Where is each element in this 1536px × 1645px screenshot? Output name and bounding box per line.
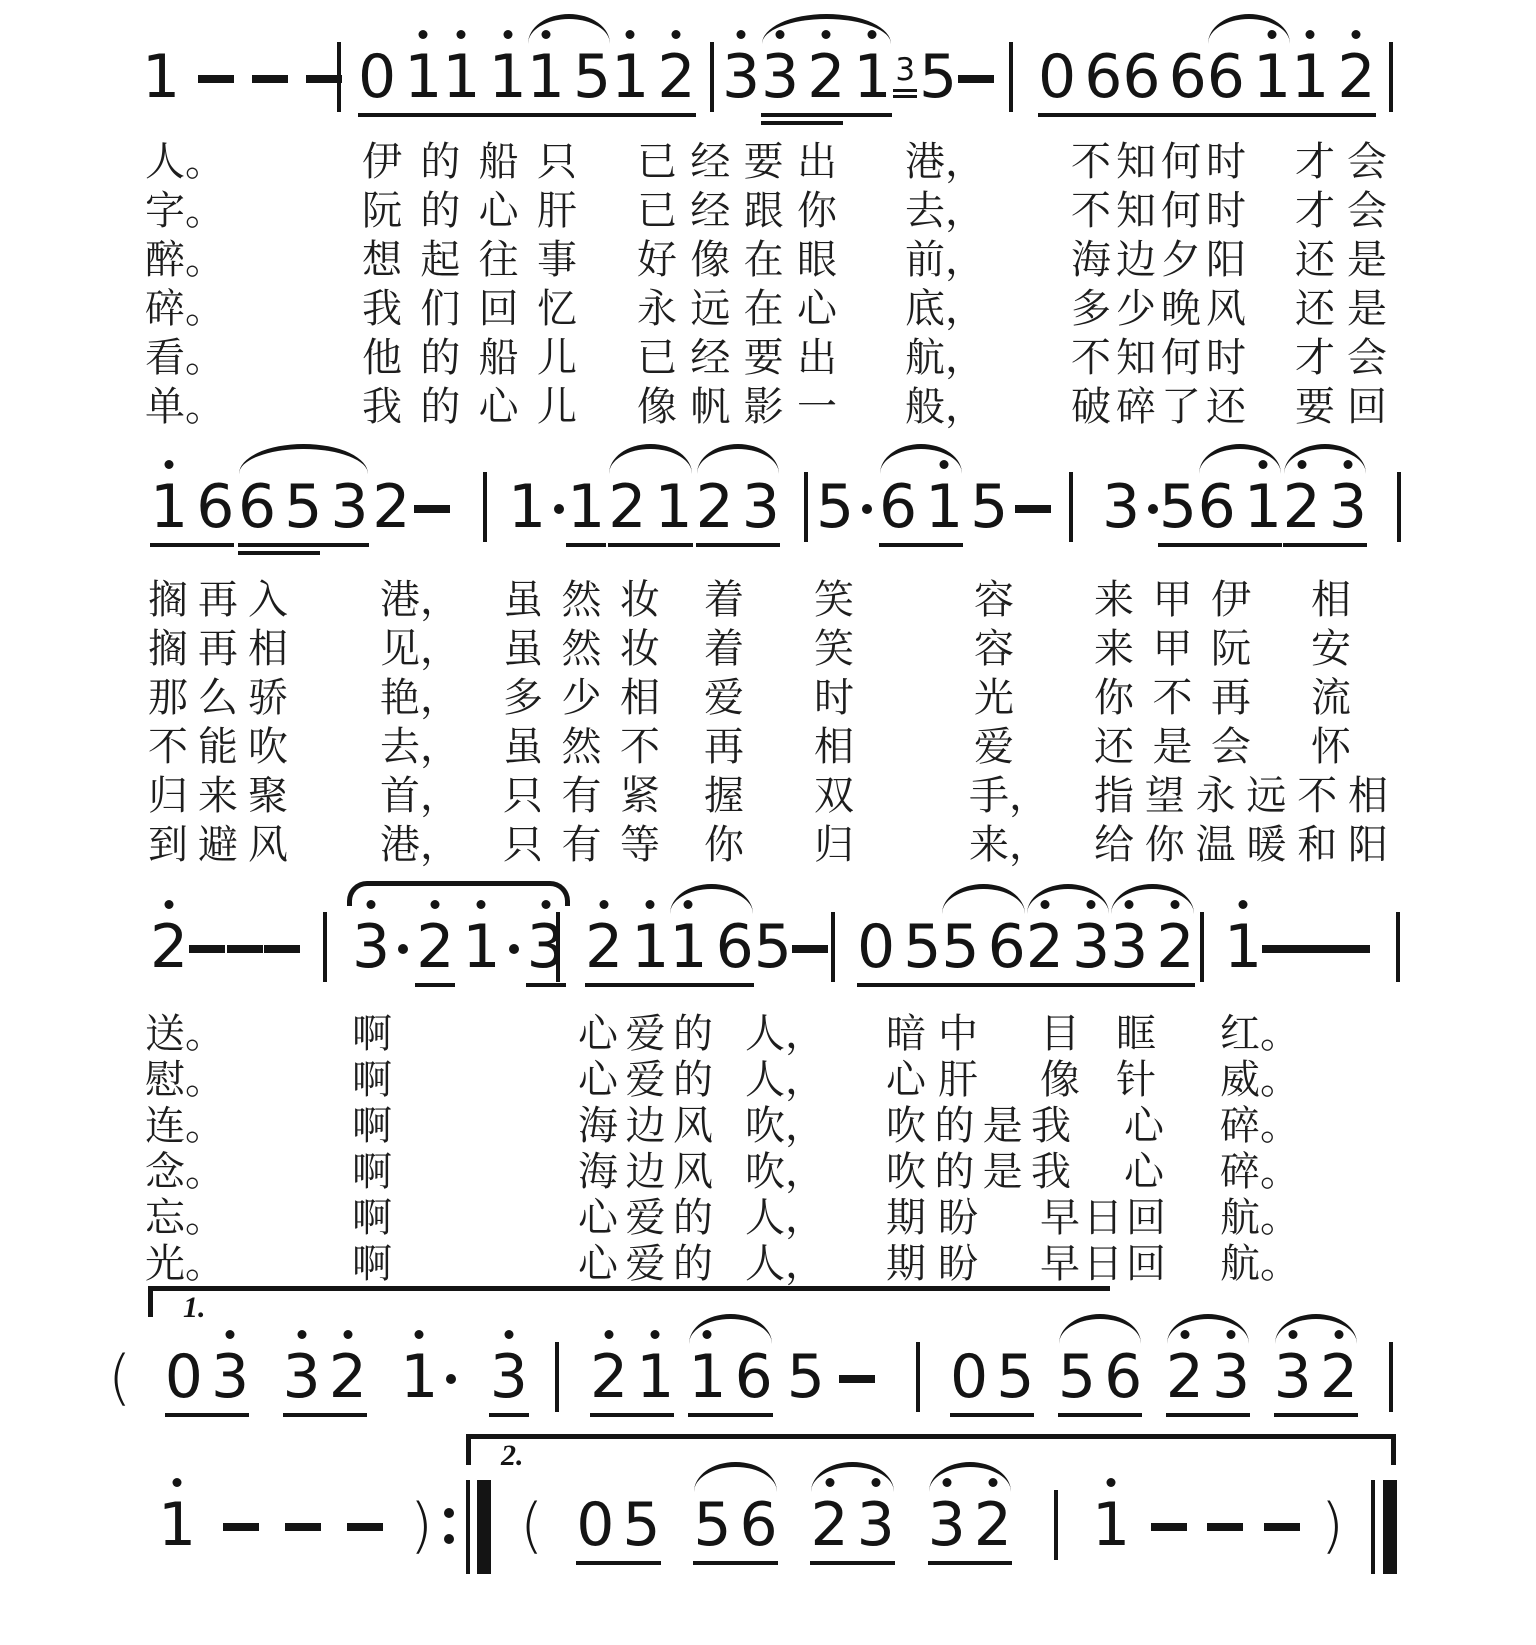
lyric-segment: 海边夕阳 [1071,238,1246,282]
note-digit: 1 [567,476,605,538]
group-underline [857,983,941,987]
octave-dot [1107,1478,1116,1487]
lyric-char: 海 [1071,238,1111,282]
lyric-segment: 去， [905,189,985,233]
note-digit: 2 [1166,1346,1204,1408]
lyric-char: 肝 [537,189,577,233]
note: 5 [573,46,611,108]
lyric-char: 的 [673,1012,713,1056]
lyric-char: 盼 [938,1242,978,1286]
note: 1 [404,46,442,108]
note-digit: 2 [810,1494,848,1556]
lyric-char: 虽 [503,627,543,671]
measure: 1 [142,46,342,108]
slur-arc [1059,1314,1141,1344]
dash-line [223,1523,259,1531]
note-digit: 1 [631,916,669,978]
note: 3 [211,1346,249,1408]
note-digit: 6 [1207,46,1245,108]
lyric-char: 我 [1031,1150,1071,1194]
lyric-char: 远 [1246,774,1286,818]
note-group: 05 [576,1494,660,1556]
lyric-char: 在 [744,287,784,331]
lyric-segment: 般， [905,385,985,429]
note-underline [415,983,455,987]
group-underline [165,1413,249,1417]
group-underline [1207,113,1291,117]
lyric-char: 然 [562,725,602,769]
lyric-segment: 海边风 [578,1104,713,1148]
lyric-segment: 伊的船只 [362,140,577,184]
note: 3 [283,1346,321,1408]
lyric-char: 避 [198,823,238,867]
group-underline [688,1413,772,1417]
note: 1 [611,46,649,108]
lyric-segment: 想起往事 [362,238,577,282]
note-digit: 5 [754,916,792,978]
lyric-char: 出 [797,140,837,184]
note-digit: 5 [1058,1346,1096,1408]
note: 5 [284,476,322,538]
note-group: 16 [669,916,753,978]
lyric-char: 日 [1083,1242,1123,1286]
note-group: 23 [696,476,780,538]
note-group: 56 [1058,1346,1142,1408]
note: 1 [688,1346,726,1408]
lyric-char: 再 [198,578,238,622]
measure: 5615 [816,476,1051,538]
note-group: 11 [442,46,526,108]
note-group: 23 [1026,916,1110,978]
note: 3 [1274,1346,1312,1408]
note-digit: 3 [211,1346,249,1408]
note: 0 [165,1346,203,1408]
note: 2 [696,476,734,538]
note: 2 [974,1494,1012,1556]
note-digit: 0 [857,916,895,978]
group-underline [1058,1413,1142,1417]
note-group: 21 [608,476,692,538]
lyric-char: 回 [1347,385,1387,429]
note: 2 [807,46,845,108]
lyric-char: 是 [983,1104,1023,1148]
lyric-segment: 握 [704,774,744,818]
note: 5 [970,476,1008,538]
barline [1200,912,1204,982]
lyric-segment: 心 [1124,1150,1164,1194]
note: 1 [1253,46,1291,108]
lyric-char: 碎 [1116,385,1156,429]
barline [1069,472,1073,542]
note-group: 06 [1038,46,1122,108]
note-digit: 3 [928,1494,966,1556]
lyric-char: 相 [1348,774,1388,818]
note: 1 [669,916,707,978]
measure: (05562332 [520,1494,1012,1556]
lyric-segment: 啊 [352,1242,392,1286]
lyric-segment: 首， [380,774,460,818]
lyric-char: 的 [934,1104,974,1148]
note: 6 [238,476,276,538]
lyric-segment: 前， [905,238,985,282]
lyric-char: 已 [637,336,677,380]
lyric-segment: 怀 [1311,725,1351,769]
note-digit: 2 [150,916,188,978]
lyric-char: 有 [562,774,602,818]
lyric-segment: 啊 [352,1012,392,1056]
lyric-char: 时 [1206,336,1246,380]
note: 2 [810,1494,848,1556]
group-underline [928,1561,1012,1565]
lyric-segment: 早日回 [1040,1196,1166,1240]
note-underline [526,983,566,987]
octave-dot [165,460,174,469]
lyric-char: 们 [420,287,460,331]
note: 1 [1092,1494,1130,1556]
slur-arc [239,444,368,474]
note-digit: 3 [1274,1346,1312,1408]
lyric-char: 边 [1116,238,1156,282]
slur-arc [670,884,752,914]
note-digit: 1 [611,46,649,108]
dash-line [285,1523,321,1531]
lyric-segment: 虽然不 [503,725,660,769]
lyric-segment: 吹的是我 [886,1104,1071,1148]
final-thin-bar [1371,1480,1375,1574]
lyric-char: 的 [934,1150,974,1194]
repeat-dot [444,1534,454,1544]
dash-line [1015,505,1051,513]
note-digit: 2 [807,46,845,108]
note-digit: 1 [150,476,188,538]
note: 6 [735,1346,773,1408]
lyric-segment: 啊 [352,1196,392,1240]
note-digit: 2 [1283,476,1321,538]
note-underline [1158,543,1198,547]
lyric-char: 到 [148,823,188,867]
lyric-char: 你 [1145,823,1185,867]
note-digit: 1 [404,46,442,108]
note-digit: 6 [1104,1346,1142,1408]
group-underline [950,1413,1034,1417]
note-digit: 1 [1291,46,1329,108]
note-digit: 2 [608,476,646,538]
note: 2 [1166,1346,1204,1408]
note: 3 [928,1494,966,1556]
lyric-segment: 不知何时 [1071,336,1246,380]
lyric-segment: 只有等 [503,823,660,867]
note: 6 [1104,1346,1142,1408]
lyric-segment: 虽然妆 [503,578,660,622]
note: 5 [787,1346,825,1408]
lyric-segment: 光 [974,676,1014,720]
lyric-char: 知 [1116,140,1156,184]
note: 6 [716,916,754,978]
barline [323,912,327,982]
lyric-char: 是 [1347,238,1387,282]
group-underline [1291,113,1375,117]
lyric-char: 心 [886,1058,926,1102]
lyric-segment: 航， [905,336,985,380]
lyric-char: 的 [420,189,460,233]
note-group: 32 [283,1346,367,1408]
dash-line [252,75,288,83]
lyric-char: 儿 [537,385,577,429]
lyric-char: 吹 [886,1104,926,1148]
final-thick-bar [1383,1480,1397,1574]
octave-dot [343,1330,352,1339]
lyric-char: 已 [637,189,677,233]
note-digit: 6 [238,476,276,538]
lyric-char: 入 [248,578,288,622]
dash-line [1334,945,1370,953]
lyric-segment: 针 [1116,1058,1156,1102]
lyric-char: 心 [797,287,837,331]
note-digit: 5 [1159,476,1197,538]
lyric-segment: 啊 [352,1104,392,1148]
lyric-segment: 着 [704,578,744,622]
note: 1 [489,46,527,108]
lyric-char: 不 [148,725,188,769]
octave-dot [605,1330,614,1339]
measure: 21165 [590,1346,875,1408]
group-underline [810,1561,894,1565]
lyric-char: 知 [1116,189,1156,233]
lyric-segment: 底， [905,287,985,331]
note-digit: 1 [489,46,527,108]
lyric-segment: 早日回 [1040,1242,1166,1286]
lyric-segment: 已经要出 [637,140,837,184]
note-digit: 3 [1212,1346,1250,1408]
group-underline [585,983,669,987]
note-digit: 6 [1122,46,1160,108]
note-digit: 2 [585,916,623,978]
lyric-char: 盼 [938,1196,978,1240]
lyric-char: 才 [1295,336,1335,380]
note-digit: 6 [1198,476,1236,538]
group-underline [442,113,526,117]
slur-arc [929,1462,1011,1492]
lyric-char: 阮 [362,189,402,233]
slur-arc [347,881,570,906]
lyric-segment: 不知何时 [1071,140,1246,184]
volta-1-bracket: 1. [148,1286,1110,1317]
lyric-segment: 他的船儿 [362,336,577,380]
note: 1 [1291,46,1329,108]
lyric-char: 多 [503,676,543,720]
lyric-segment: 海边风 [578,1150,713,1194]
lyric-segment: 见， [380,627,460,671]
group-underline [1026,983,1110,987]
slur-arc [694,1462,776,1492]
lyric-char: 永 [1196,774,1236,818]
note-group: 12 [1291,46,1375,108]
lyric-segment: 才会 [1295,189,1387,233]
lyric-segment: 像 [1040,1058,1080,1102]
lyric-char: 晚 [1161,287,1201,331]
note: 1 [150,476,188,538]
note-group: 56 [693,1494,777,1556]
note: 2 [1156,916,1194,978]
slur-arc [942,884,1024,914]
lyric-char: 和 [1297,823,1337,867]
note: 5 [622,1494,660,1556]
note: 0 [857,916,895,978]
note-digit: 6 [988,916,1026,978]
note: 0 [358,46,396,108]
lyric-char: 阮 [1211,627,1251,671]
group-underline [611,113,695,117]
lyric-segment: 阮的心肝 [362,189,577,233]
group-underline [1274,1413,1358,1417]
lyric-segment: 只有紧 [503,774,660,818]
note: 2 [590,1346,628,1408]
note-underline [566,543,606,547]
lyric-segment: 不能吹 [148,725,288,769]
note-digit: 5 [919,46,957,108]
lyric-segment: 吹的是我 [886,1150,1071,1194]
lyric-segment: 要回 [1295,385,1387,429]
lyric-segment: 安 [1311,627,1351,671]
note: 6 [1198,476,1236,538]
lyric-segment: 来甲伊 [1094,578,1251,622]
lyric-char: 还 [1094,725,1134,769]
lyric-segment: 字。 [145,189,225,233]
lyric-char: 边 [626,1150,666,1194]
dash-line [1262,945,1298,953]
note-group: 61 [879,476,963,538]
note-digit: 3 [352,916,390,978]
barline [916,1342,920,1412]
lyric-segment: 归 [814,823,854,867]
slur-arc [1208,14,1290,44]
lyric-char: 知 [1116,336,1156,380]
lyric-segment: 心 [1124,1104,1164,1148]
lyric-char: 你 [797,189,837,233]
note-digit: 1 [158,1494,196,1556]
lyric-segment: 那么骄 [148,676,288,720]
note: 2 [372,476,410,538]
lyric-char: 像 [690,238,730,282]
lyric-segment: 忘。 [145,1196,225,1240]
octave-dot [737,30,746,39]
lyric-char: 回 [479,287,519,331]
barline [1396,912,1400,982]
octave-dot [226,1330,235,1339]
lyric-segment: 来甲阮 [1094,627,1251,671]
note-digit: 1 [142,46,180,108]
lyric-char: 来 [1094,578,1134,622]
lyric-char: 心 [578,1012,618,1056]
note-digit: 0 [950,1346,988,1408]
lyric-char: 何 [1161,336,1201,380]
lyric-char: 肝 [938,1058,978,1102]
measure: 356123 [1102,476,1367,538]
measure: 3213 [352,916,557,978]
lyric-char: 他 [362,336,402,380]
lyric-char: 多 [1071,287,1111,331]
note-digit: 1 [853,46,891,108]
lyric-char: 阳 [1206,238,1246,282]
group-underline [238,543,369,547]
note-digit: 5 [693,1494,731,1556]
note: 5 [996,1346,1034,1408]
octave-dot [1306,30,1315,39]
augmentation-dot [1148,504,1158,514]
note-digit: 2 [696,476,734,538]
lyric-char: 紧 [620,774,660,818]
volta-2-bracket: 2. [466,1434,1396,1465]
lyric-char: 不 [1071,140,1111,184]
barline [1389,42,1393,112]
lyric-char: 事 [537,238,577,282]
lyric-segment: 航。 [1220,1196,1300,1240]
octave-dot [503,30,512,39]
lyric-segment: 碎。 [1220,1150,1300,1194]
note-digit: 6 [879,476,917,538]
measure: 06666112 [1038,46,1363,108]
lyric-segment: 相 [1311,578,1351,622]
note: 1 [462,916,518,978]
note-group: 23 [810,1494,894,1556]
lyric-segment: 醉。 [145,238,225,282]
volta-1-label: 1. [183,1293,206,1323]
lyric-char: 相 [620,676,660,720]
note-digit: 0 [165,1346,203,1408]
group-underline-2 [761,121,843,125]
lyric-char: 妆 [620,627,660,671]
note-group: 32 [1110,916,1194,978]
lyric-char: 然 [562,627,602,671]
lyric-segment: 流 [1311,676,1351,720]
note: 3 [1110,916,1148,978]
note-digit: 6 [716,916,754,978]
note: 3 [857,1494,895,1556]
lyric-segment: 目 [1040,1012,1080,1056]
parenthesis: ( [108,1348,131,1408]
lyric-char: 来 [198,774,238,818]
lyric-char: 聚 [248,774,288,818]
octave-dot [173,1478,182,1487]
measure: 112123 [508,476,780,538]
lyric-char: 虽 [503,725,543,769]
lyric-char: 要 [744,336,784,380]
parenthesis: ) [410,1496,433,1556]
note: 6 [196,476,234,538]
lyric-segment: 笑 [814,578,854,622]
note-digit: 3 [490,1346,528,1408]
lyric-segment: 威。 [1220,1058,1300,1102]
lyric-char: 会 [1347,189,1387,233]
lyric-char: 阳 [1348,823,1388,867]
note-group: 15 [527,46,611,108]
note: 2 [657,46,695,108]
lyric-char: 温 [1196,823,1236,867]
slur-arc [697,444,779,474]
lyric-char: 爱 [626,1058,666,1102]
group-underline [358,113,442,117]
grace-note: 3 [895,55,915,86]
lyric-char: 不 [1297,774,1337,818]
group-underline-2 [238,551,320,555]
lyric-char: 帆 [690,385,730,429]
lyric-char: 一 [797,385,837,429]
note: 6 [1084,46,1122,108]
slur-arc [1027,884,1109,914]
lyric-char: 海 [578,1150,618,1194]
barline [1009,42,1013,112]
octave-dot [672,30,681,39]
